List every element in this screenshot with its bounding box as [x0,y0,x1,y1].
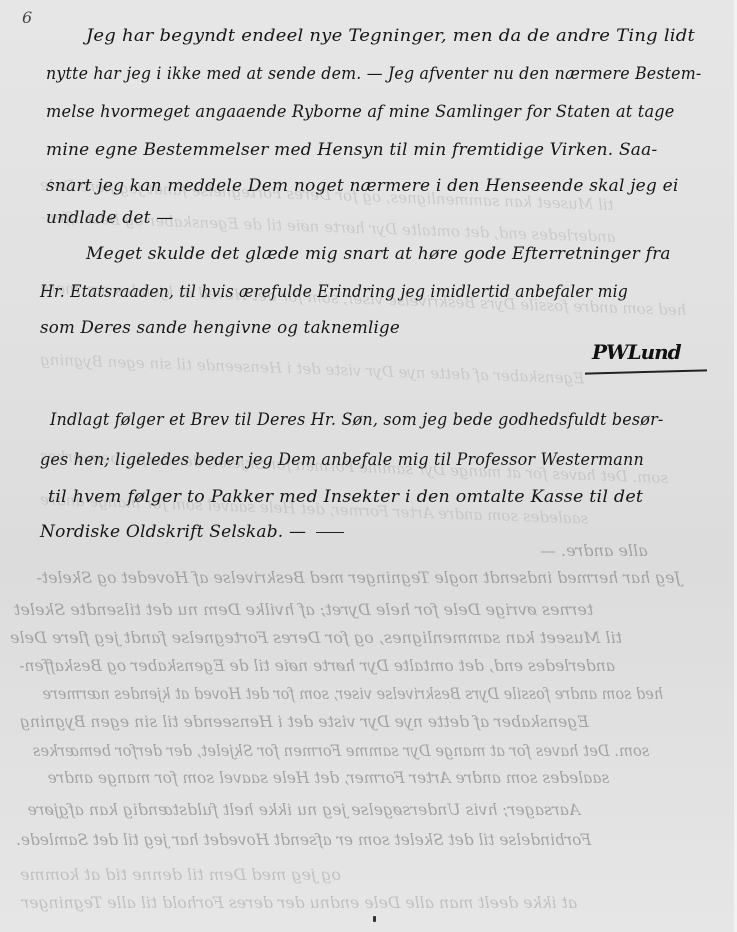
postscript-line-3: til hvem følger to Pakker med Insekter i… [48,487,643,507]
postscript-line-4-text: Nordiske Oldskrift Selskab. — [40,522,306,542]
bleed-through-line-2: Jeg har hermed indsendt nogle Tegninger … [37,568,681,587]
letter-page: til Museet kan sammenlignes, og for Dere… [0,0,737,932]
bleed-through-line-5: anderledes end, det omtalte Dyr hørte nø… [19,656,615,675]
bleed-through-line-3: ternes øvrige Dele for hele Dyret; af hv… [14,600,593,619]
closing-dash [316,532,344,534]
paragraph-2-line-2: Hr. Etatsraaden, til hvis ærefulde Erind… [40,282,628,302]
paragraph-1-line-5: snart jeg kan meddele Dem noget nærmere … [46,176,679,196]
paragraph-1-line-3: melse hvormeget angaaende Ryborne af min… [46,102,675,122]
paragraph-2-line-1: Meget skulde det glæde mig snart at høre… [86,244,671,264]
paragraph-1-line-6: undlade det — [46,208,173,228]
bleed-through-line-12: og jeg med Dem til denne tid at komme [20,865,341,884]
signature-underline [585,369,707,374]
postscript-line-1: Indlagt følger et Brev til Deres Hr. Søn… [50,410,664,430]
bleed-through-line-1: alle andre. — [540,541,648,560]
paragraph-2-line-3: som Deres sande hengivne og taknemlige [40,318,400,338]
paragraph-1-line-6-text: undlade det — [46,208,173,228]
bleed-through-line-6: hed som andre fossile Dyrs Beskrivelse v… [42,684,663,703]
bleed-through-line-9: saaledes som andre Arter Former, det Hel… [48,768,610,787]
paragraph-1-line-2: nytte har jeg i ikke med at sende dem. —… [46,64,701,84]
bleed-through-line-10: Aarsager; hvis Undersøgelse jeg nu ikke … [28,800,581,819]
bleed-through-line-7: Egenskaber af dette nye Dyr viste det i … [20,712,589,731]
postscript-line-2: ges hen; ligeledes beder jeg Dem anbefal… [40,450,644,470]
bleed-through-line-13: at ikke deelt man alle Dele endnu der de… [22,893,577,912]
bleed-through-line-11: Forbindelse til det Skelet som er afsend… [16,830,591,849]
page-number: 6 [22,8,32,27]
paragraph-1-line-1: Jeg har begyndt endeel nye Tegninger, me… [86,26,695,46]
paragraph-1-line-4: mine egne Bestemmelser med Hensyn til mi… [46,140,657,160]
bleed-through-line-4: til Museet kan sammenlignes, og for Dere… [10,628,622,647]
bleed-through-upper-4: Egenskaber af dette nye Dyr viste det i … [40,351,585,388]
ink-speck [373,916,376,922]
signature: PWLund [592,340,681,364]
bleed-through-line-8: som. Det haves for at mange Dyr samme Fo… [33,741,650,760]
postscript-line-4: Nordiske Oldskrift Selskab. — [40,522,344,542]
